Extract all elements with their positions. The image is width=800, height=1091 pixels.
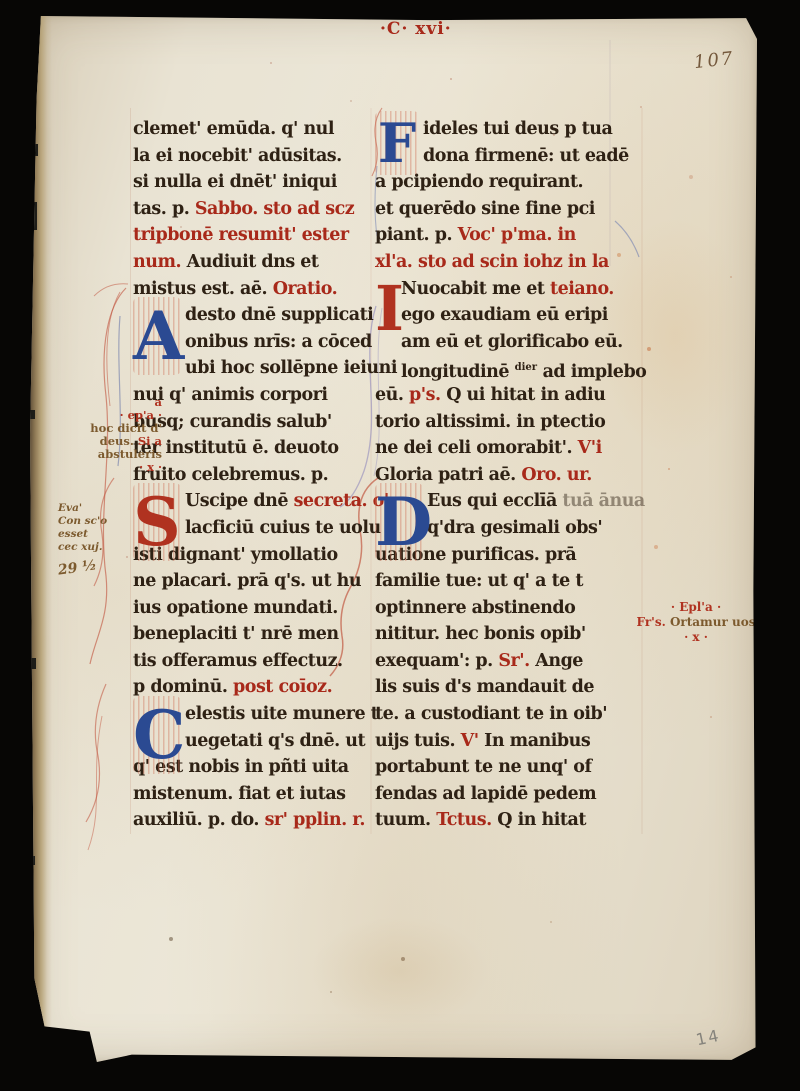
text-line: optinnere abstinendo <box>375 595 653 622</box>
rubric-text: Oratio. <box>273 279 338 299</box>
text-line: portabunt te ne unq' of <box>375 754 653 781</box>
margin-note-line: esset <box>58 528 128 541</box>
margin-note-line: · x · <box>634 630 758 645</box>
text-line: ius opatione mundati. <box>133 595 375 622</box>
text-column-right: Fideles tui deus p tuadona firmenē: ut e… <box>375 116 653 834</box>
body-text: nititur. hec bonis opib' <box>375 624 586 644</box>
binding-notch <box>30 410 35 419</box>
margin-note-line: cec xuj. <box>58 541 128 554</box>
illuminated-initial-D: D <box>375 483 423 561</box>
text-line: eū. p's. Q ui hitat in adiu <box>375 382 653 409</box>
text-line: te. a custodiant te in oib' <box>375 701 653 728</box>
rubric-text: · x · <box>684 630 708 644</box>
body-text: abstuleris <box>98 447 162 461</box>
text-line: uijs tuis. V' In manibus <box>375 728 653 755</box>
body-text: Eva' <box>58 502 82 514</box>
rubric-text: Tctus. <box>436 810 497 830</box>
body-text: dier <box>515 362 537 373</box>
body-text: tis offeramus effectuz. <box>133 651 343 671</box>
rubric-text: V'i <box>578 438 602 458</box>
rubric-text: Si a <box>138 434 162 448</box>
text-line: clemet' emūda. q' nul <box>133 116 375 143</box>
body-text: Con sc'o <box>58 515 107 527</box>
rubric-text: Oro. ur. <box>521 465 591 485</box>
rubric-text: Voc' p'ma. in <box>458 225 576 245</box>
text-line: xl'a. sto ad scin iohz in la <box>375 249 653 276</box>
text-line: busq; curandis salub' <box>133 409 375 436</box>
rubric-text: post coīoz. <box>233 677 332 697</box>
rubric-text: p's. <box>409 385 446 405</box>
text-line: nui q' animis corpori <box>133 382 375 409</box>
illuminated-initial-S: S <box>133 483 181 561</box>
illuminated-initial-F: F <box>375 111 419 175</box>
text-line: nititur. hec bonis opib' <box>375 621 653 648</box>
body-text: In manibus <box>484 731 590 751</box>
text-line: beneplaciti t' nrē men <box>133 621 375 648</box>
body-text: mistus est. aē. <box>133 279 273 299</box>
text-line: la ei nocebit' adūsitas. <box>133 143 375 170</box>
binding-notch <box>30 202 37 230</box>
body-text: onibus nrīs: a cōced <box>185 332 372 352</box>
rubric-text: Sr'. <box>498 651 535 671</box>
rubric-text: num. <box>133 252 187 272</box>
body-text: q'dra gesimali obs' <box>427 518 602 538</box>
body-text: et querēdo sine fine pci <box>375 199 595 219</box>
text-line: am eū et glorificabo eū. <box>375 329 653 356</box>
rubric-text: · x · <box>139 460 162 474</box>
page-number: 107 <box>693 48 735 73</box>
body-text: ne dei celi omorabit'. <box>375 438 578 458</box>
text-line: lis suis d's mandauit de <box>375 674 653 701</box>
body-text: torio altissimi. in ptectio <box>375 412 605 432</box>
text-line: num. Audiuit dns et <box>133 249 375 276</box>
body-text: uijs tuis. <box>375 731 461 751</box>
text-line: torio altissimi. in ptectio <box>375 409 653 436</box>
manuscript-page: ·C· xvi· 107 clemet' emūda. q' nulla ei … <box>30 16 757 1062</box>
body-text: Audiuit dns et <box>187 252 319 272</box>
body-text: Ange <box>535 651 583 671</box>
rubric-text: xl'a. sto ad scin iohz in la <box>375 252 609 272</box>
body-text: fruito celebremus. p. <box>133 465 328 485</box>
body-text: te. a custodiant te in oib' <box>375 704 607 724</box>
body-text: tas. p. <box>133 199 195 219</box>
rubric-text: tripbonē resumit' ester <box>133 225 349 245</box>
parchment-stain <box>310 916 490 1026</box>
body-text: si nulla ei dnēt' iniqui <box>133 172 337 192</box>
body-text: ne placari. prā q's. ut hu <box>133 571 361 591</box>
rubric-text: · ep'a · <box>120 408 162 422</box>
text-line: tuum. Tctus. Q in hitat <box>375 807 653 834</box>
margin-note-line: Fr's. Ortamur uos <box>634 615 758 630</box>
rubric-text: a <box>155 395 162 409</box>
binding-notch <box>30 144 38 156</box>
body-text: ego exaudiam eū eripi <box>401 305 608 325</box>
body-text: auxiliū. p. do. <box>133 810 265 830</box>
rubric-text: teiano. <box>550 279 614 299</box>
body-text: deus. <box>100 434 138 448</box>
body-text: elestis uite munere t <box>185 704 378 724</box>
margin-note-line: · Epl'a · <box>634 600 758 615</box>
body-text: esset <box>58 528 88 540</box>
text-line: ne dei celi omorabit'. V'i <box>375 435 653 462</box>
body-text: portabunt te ne unq' of <box>375 757 592 777</box>
page-binding-edge <box>30 16 52 1062</box>
body-text: Eus qui ecclīā <box>427 491 562 511</box>
folio-heading: ·C· xvi· <box>380 19 452 39</box>
text-line: mistenum. fiat et iutas <box>133 781 375 808</box>
body-text: am eū et glorificabo eū. <box>401 332 623 352</box>
margin-note-left-lower: Eva'Con sc'oessetcec xuj.29 ½ <box>58 502 128 576</box>
illuminated-initial-C: C <box>133 696 181 774</box>
body-text: lacficiū cuius te uolu <box>185 518 381 538</box>
body-text: clemet' emūda. q' nul <box>133 119 334 139</box>
body-text: Q ui hitat in adiu <box>446 385 605 405</box>
text-line: ter institutū ē. deuoto <box>133 435 375 462</box>
body-text: Q in hitat <box>497 810 586 830</box>
body-text: tuum. <box>375 810 436 830</box>
body-text: uegetati q's dnē. ut <box>185 731 365 751</box>
body-text: 29 ½ <box>57 559 97 577</box>
margin-note-left-upper: a· ep'a ·hoc dicit d'deus. Si aabstuleri… <box>56 396 162 474</box>
body-text: ideles tui deus p tua <box>423 119 612 139</box>
text-line: Nuocabit me et teiano. <box>375 276 653 303</box>
rubric-text: Fr's. <box>637 615 670 629</box>
body-text: Nuocabit me et <box>401 279 550 299</box>
margin-note-line: 29 ½ <box>58 554 128 576</box>
rubric-text: Sabbo. sto ad scz <box>195 199 354 219</box>
body-text: Ortamur uos <box>670 615 756 629</box>
body-text: nui q' animis corpori <box>133 385 328 405</box>
text-line: ne placari. prā q's. ut hu <box>133 568 375 595</box>
body-text: piant. p. <box>375 225 458 245</box>
text-line: piant. p. Voc' p'ma. in <box>375 222 653 249</box>
body-text: fendas ad lapidē pedem <box>375 784 596 804</box>
rubric-text: V' <box>461 731 485 751</box>
text-column-left: clemet' emūda. q' nulla ei nocebit' adūs… <box>133 116 375 834</box>
margin-note-line: Con sc'o <box>58 515 128 528</box>
body-text: longitudinē <box>401 362 515 382</box>
body-text: familie tue: ut q' a te t <box>375 571 583 591</box>
text-line: tripbonē resumit' ester <box>133 222 375 249</box>
body-text: ad implebo <box>537 362 646 382</box>
body-text: beneplaciti t' nrē men <box>133 624 339 644</box>
pencil-number: 14 <box>694 1026 722 1050</box>
body-text: exequam': p. <box>375 651 498 671</box>
body-text: hoc dicit d' <box>90 421 162 435</box>
text-line: exequam': p. Sr'. Ange <box>375 648 653 675</box>
body-text: p dominū. <box>133 677 233 697</box>
binding-notch <box>30 856 35 865</box>
body-text: dona firmenē: ut eadē <box>423 146 629 166</box>
illuminated-initial-I: I <box>375 271 397 347</box>
body-text: cec xuj. <box>58 541 102 553</box>
binding-notch <box>30 658 36 669</box>
body-text: mistenum. fiat et iutas <box>133 784 346 804</box>
body-text: desto dnē supplicati <box>185 305 373 325</box>
body-text: optinnere abstinendo <box>375 598 575 618</box>
text-line: ego exaudiam eū eripi <box>375 302 653 329</box>
text-line: familie tue: ut q' a te t <box>375 568 653 595</box>
body-text: eū. <box>375 385 409 405</box>
body-text: lis suis d's mandauit de <box>375 677 594 697</box>
text-line: auxiliū. p. do. sr' pplin. r. <box>133 807 375 834</box>
body-text: ter institutū ē. deuoto <box>133 438 339 458</box>
margin-note-line: Eva' <box>58 502 128 515</box>
body-text: tuā ānua <box>562 491 644 511</box>
body-text: ubi hoc sollēpne ieiuni <box>185 358 397 378</box>
rubric-text: sr' pplin. r. <box>265 810 365 830</box>
body-text: la ei nocebit' adūsitas. <box>133 146 342 166</box>
body-text: ius opatione mundati. <box>133 598 338 618</box>
margin-note-line: · x · <box>56 461 162 474</box>
text-line: tis offeramus effectuz. <box>133 648 375 675</box>
rubric-text: · Epl'a · <box>671 600 721 614</box>
text-line: tas. p. Sabbo. sto ad scz <box>133 196 375 223</box>
margin-note-right: · Epl'a ·Fr's. Ortamur uos· x · <box>634 600 758 645</box>
illuminated-initial-A: A <box>133 297 181 375</box>
body-text: busq; curandis salub' <box>133 412 332 432</box>
body-text: a pcipiendo requirant. <box>375 172 583 192</box>
body-text: Gloria patri aē. <box>375 465 521 485</box>
text-line: longitudinē dier ad implebo <box>375 355 653 382</box>
text-line: et querēdo sine fine pci <box>375 196 653 223</box>
text-line: fendas ad lapidē pedem <box>375 781 653 808</box>
text-line: si nulla ei dnēt' iniqui <box>133 169 375 196</box>
body-text: Uscipe dnē <box>185 491 294 511</box>
